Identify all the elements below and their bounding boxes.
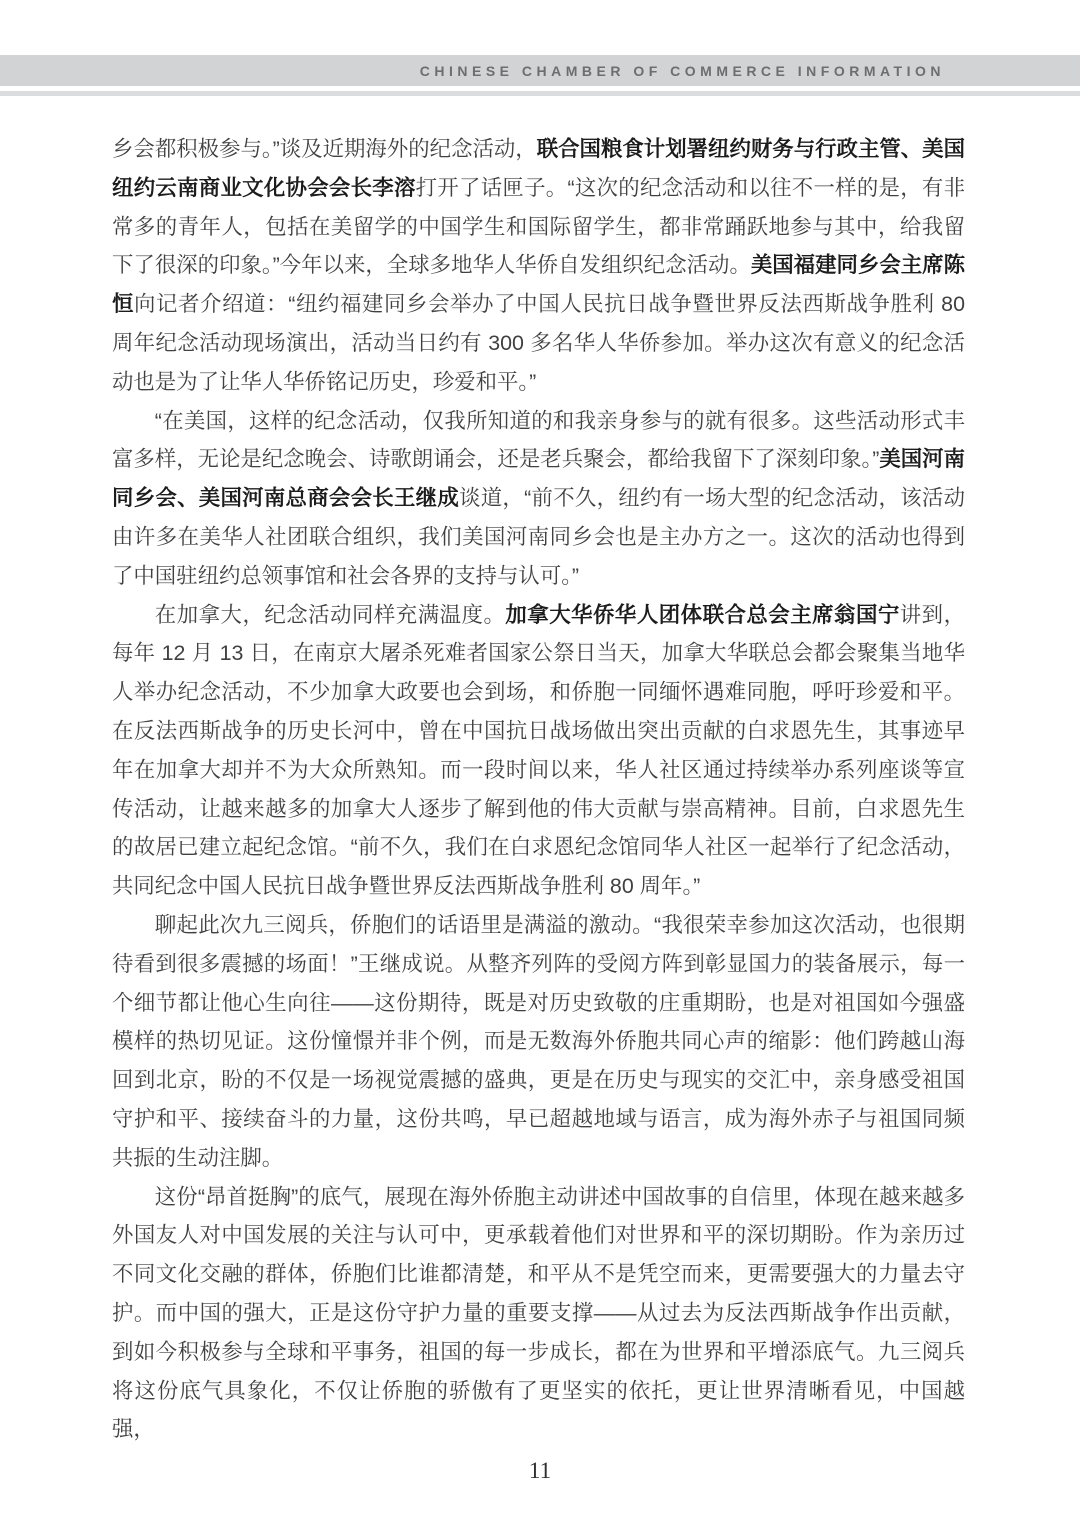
text-segment: 乡会都积极参与。”谈及近期海外的纪念活动， bbox=[112, 137, 537, 161]
header-divider bbox=[0, 91, 1080, 96]
header-banner-text: CHINESE CHAMBER OF COMMERCE INFORMATION bbox=[420, 63, 945, 79]
article-body: 乡会都积极参与。”谈及近期海外的纪念活动，联合国粮食计划署纽约财务与行政主管、美… bbox=[112, 130, 965, 1449]
magazine-page: CHINESE CHAMBER OF COMMERCE INFORMATION … bbox=[0, 0, 1080, 1525]
text-segment: “在美国，这样的纪念活动，仅我所知道的和我亲身参与的就有很多。这些活动形式丰富多… bbox=[112, 409, 965, 472]
text-segment: 聊起此次九三阅兵，侨胞们的话语里是满溢的激动。“我很荣幸参加这次活动，也很期待看… bbox=[112, 913, 965, 1170]
bold-name-segment: 加拿大华侨华人团体联合总会主席翁国宁 bbox=[505, 603, 899, 627]
text-segment: 这份“昂首挺胸”的底气，展现在海外侨胞主动讲述中国故事的自信里，体现在越来越多外… bbox=[112, 1185, 965, 1442]
text-segment: 讲到，每年 12 月 13 日，在南京大屠杀死难者国家公祭日当天，加拿大华联总会… bbox=[112, 603, 965, 899]
paragraph: 在加拿大，纪念活动同样充满温度。加拿大华侨华人团体联合总会主席翁国宁讲到，每年 … bbox=[112, 596, 965, 906]
text-segment: 在加拿大，纪念活动同样充满温度。 bbox=[155, 603, 506, 627]
paragraph: 聊起此次九三阅兵，侨胞们的话语里是满溢的激动。“我很荣幸参加这次活动，也很期待看… bbox=[112, 906, 965, 1178]
text-segment: 向记者介绍道：“纽约福建同乡会举办了中国人民抗日战争暨世界反法西斯战争胜利 80… bbox=[112, 292, 965, 394]
paragraph: 这份“昂首挺胸”的底气，展现在海外侨胞主动讲述中国故事的自信里，体现在越来越多外… bbox=[112, 1178, 965, 1450]
paragraph: “在美国，这样的纪念活动，仅我所知道的和我亲身参与的就有很多。这些活动形式丰富多… bbox=[112, 402, 965, 596]
page-number: 11 bbox=[0, 1458, 1080, 1484]
header-banner: CHINESE CHAMBER OF COMMERCE INFORMATION bbox=[0, 55, 1080, 86]
paragraph: 乡会都积极参与。”谈及近期海外的纪念活动，联合国粮食计划署纽约财务与行政主管、美… bbox=[112, 130, 965, 402]
